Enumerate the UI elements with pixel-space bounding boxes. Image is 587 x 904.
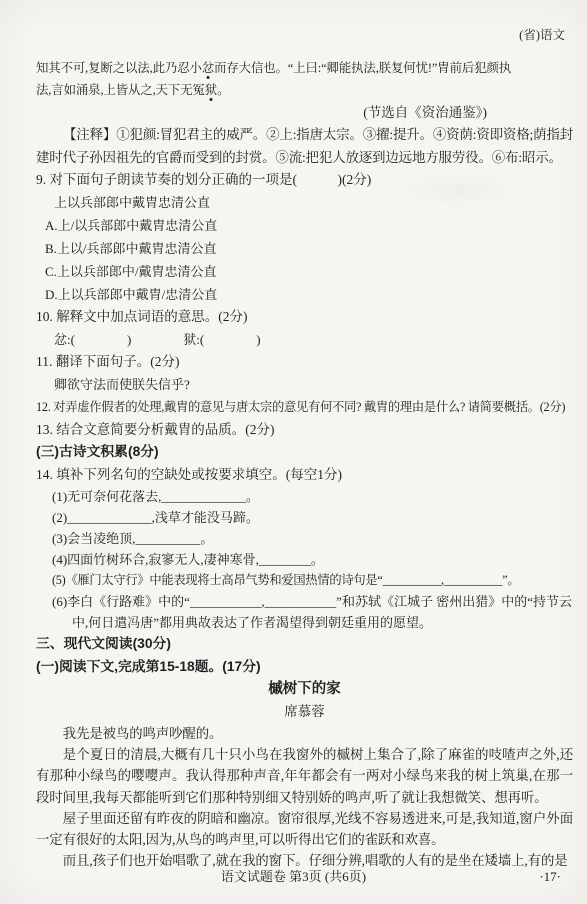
question-10: 10. 解释文中加点词语的意思。(2分) [36,306,573,329]
annotations: 【注释】①犯颜:冒犯君主的威严。②上:指唐太宗。③擢:提升。④资荫:资即资格;荫… [36,124,573,169]
question-9-option-d: D.上以兵部郎中戴胄/忠清公直 [45,283,573,306]
page-number: ·17· [539,866,561,889]
passage-text: 。 [217,83,229,97]
question-9-option-a: A.上/以兵部郎中戴胄忠清公直 [45,214,573,237]
emphasized-word-yu: 狱 [205,83,217,97]
part-one-heading: (一)阅读下文,完成第15-18题。(17分) [36,656,573,679]
classical-passage: 知其不可,复断之以法,此乃忍小忿而存大信也。“上曰:“卿能执法,朕复何忧!”胄前… [36,57,573,102]
passage-text: 知其不可,复断之以法,此乃忍小 [36,61,202,75]
passage-text: 法,言如涌泉,上皆从之,天下无冤 [36,83,205,97]
footer-title: 语文试题卷 第3页 (共6页) [221,869,366,884]
question-9-option-b: B.上以/兵部郎中戴胄忠清公直 [45,237,573,260]
essay-author: 席慕蓉 [36,701,573,724]
passage-line-1: 知其不可,复断之以法,此乃忍小忿而存大信也。“上曰:“卿能执法,朕复何忧!”胄前… [36,57,573,80]
essay-paragraph-1: 我先是被鸟的鸣声吵醒的。 [36,723,573,744]
question-14-item-1: (1)无可奈何花落去,_____________。 [52,486,573,507]
essay-paragraph-2: 是个夏日的清晨,大概有几十只小鸟在我窗外的槭树上集合了,除了麻雀的吱喳声之外,还… [36,744,573,808]
emphasized-word-fen: 忿 [202,61,214,75]
corner-label: (省)语文 [36,24,573,47]
page-footer: 语文试题卷 第3页 (共6页) ·17· [0,866,587,889]
question-11-sentence: 卿欲守法而使朕失信乎? [54,374,573,397]
exam-page: (省)语文 知其不可,复断之以法,此乃忍小忿而存大信也。“上曰:“卿能执法,朕复… [0,0,587,904]
question-12: 12. 对弄虚作假者的处理,戴胄的意见与唐太宗的意见有何不同? 戴胄的理由是什么… [36,396,573,419]
question-10-blanks: 忿:( ) 狱:( ) [54,329,573,352]
question-14-item-3: (3)会当凌绝顶,__________。 [52,528,573,549]
essay-title: 槭树下的家 [36,678,573,701]
essay-paragraph-3: 屋子里面还留有昨夜的阴暗和幽凉。窗帘很厚,光线不容易透进来,可是,我知道,窗户外… [36,808,573,850]
section-modern-heading: 三、现代文阅读(30分) [36,633,573,656]
passage-text: 而存大信也。“上曰:“卿能执法,朕复何忧!”胄前后犯颜执 [214,61,511,75]
question-14-item-5: (5)《雁门太守行》中能表现将士高昂气势和爱国热情的诗句是“__________… [52,570,573,591]
section-poetry-heading: (三)古诗文积累(8分) [36,441,573,464]
question-11: 11. 翻译下面句子。(2分) [36,351,573,374]
question-14-item-6: (6)李白《行路难》中的“___________,___________”和苏轼… [52,591,573,633]
question-14-item-2: (2)_____________,浅草才能没马蹄。 [52,507,573,528]
question-14: 14. 填补下列名句的空缺处或按要求填空。(每空1分) [36,464,573,487]
question-9-option-c: C.上以兵部郎中/戴胄忠清公直 [45,260,573,283]
passage-source: (节选自《资治通鉴》) [36,102,573,125]
question-13: 13. 结合文意简要分析戴胄的品质。(2分) [36,419,573,442]
question-9-stem: 上以兵部郎中戴胄忠清公直 [54,192,573,215]
question-9: 9. 对下面句子朗读节奏的划分正确的一项是( )(2分) [36,169,573,192]
passage-line-2: 法,言如涌泉,上皆从之,天下无冤狱。 [36,79,573,102]
question-14-item-4: (4)四面竹树环合,寂寥无人,凄神寒骨,________。 [52,549,573,570]
